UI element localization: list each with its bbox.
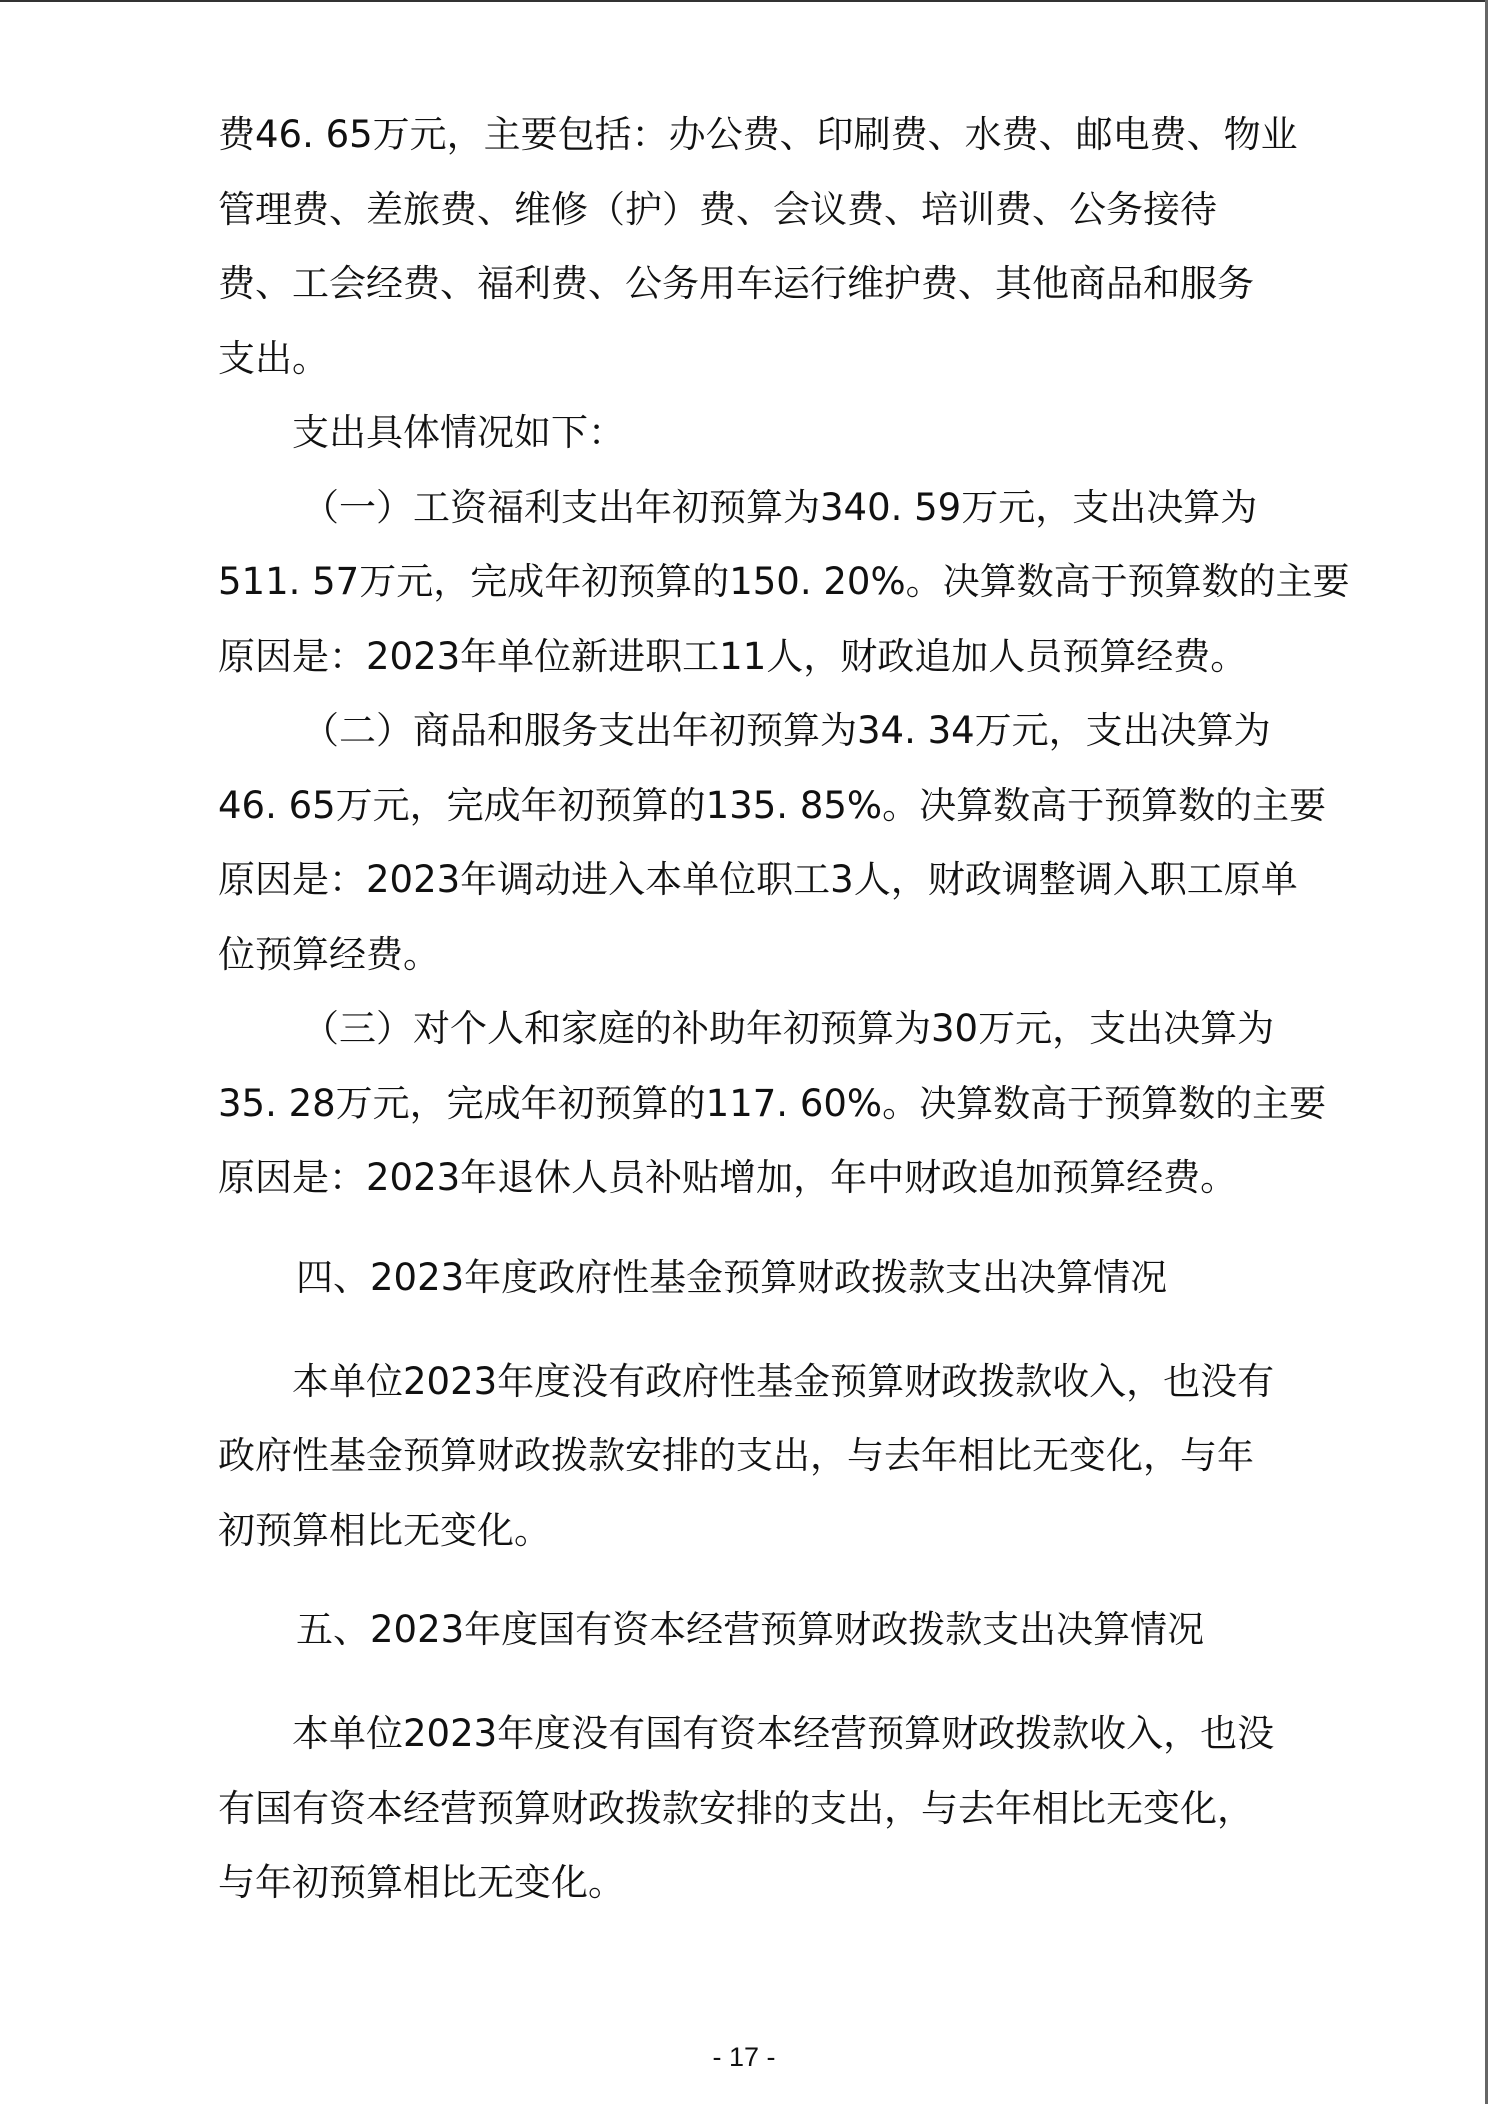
text-line: 政府性基金预算财政拨款安排的支出，与去年相比无变化，与年 — [218, 1419, 1286, 1494]
text-line: 511. 57万元，完成年初预算的150. 20%。决算数高于预算数的主要 — [218, 545, 1286, 620]
detail-intro: 支出具体情况如下： — [218, 396, 1286, 471]
text-line: 46. 65万元，完成年初预算的135. 85%。决算数高于预算数的主要 — [218, 769, 1286, 844]
intro-paragraph: 费46. 65万元，主要包括：办公费、印刷费、水费、邮电费、物业 管理费、差旅费… — [218, 98, 1286, 396]
text-line: 35. 28万元，完成年初预算的117. 60%。决算数高于预算数的主要 — [218, 1067, 1286, 1142]
page-border-top — [0, 0, 1488, 2]
text-line: 本单位2023年度没有政府性基金预算财政拨款收入，也没有 — [218, 1345, 1286, 1420]
document-body: 费46. 65万元，主要包括：办公费、印刷费、水费、邮电费、物业 管理费、差旅费… — [218, 98, 1286, 1921]
text-line: 费46. 65万元，主要包括：办公费、印刷费、水费、邮电费、物业 — [218, 98, 1286, 173]
text-line: 本单位2023年度没有国有资本经营预算财政拨款收入，也没 — [218, 1697, 1286, 1772]
text-line: 管理费、差旅费、维修（护）费、会议费、培训费、公务接待 — [218, 173, 1286, 248]
item-household-subsidy: （三）对个人和家庭的补助年初预算为30万元，支出决算为 35. 28万元，完成年… — [218, 992, 1286, 1216]
text-line: 有国有资本经营预算财政拨款安排的支出，与去年相比无变化， — [218, 1772, 1286, 1847]
text-line: （三）对个人和家庭的补助年初预算为30万元，支出决算为 — [218, 992, 1286, 1067]
text-line: （二）商品和服务支出年初预算为34. 34万元，支出决算为 — [218, 694, 1286, 769]
text-line: 原因是：2023年退休人员补贴增加，年中财政追加预算经费。 — [218, 1141, 1286, 1216]
text-line: 位预算经费。 — [218, 918, 1286, 993]
item-goods-services: （二）商品和服务支出年初预算为34. 34万元，支出决算为 46. 65万元，完… — [218, 694, 1286, 992]
text-line: 原因是：2023年单位新进职工11人，财政追加人员预算经费。 — [218, 620, 1286, 695]
page-number: - 17 - — [0, 2042, 1488, 2073]
text-line: 初预算相比无变化。 — [218, 1494, 1286, 1569]
text-line: 费、工会经费、福利费、公务用车运行维护费、其他商品和服务 — [218, 247, 1286, 322]
text-line: 支出。 — [218, 322, 1286, 397]
text-line: 原因是：2023年调动进入本单位职工3人，财政调整调入职工原单 — [218, 843, 1286, 918]
text-line: （一）工资福利支出年初预算为340. 59万元，支出决算为 — [218, 471, 1286, 546]
text-line: 与年初预算相比无变化。 — [218, 1846, 1286, 1921]
item-salary-welfare: （一）工资福利支出年初预算为340. 59万元，支出决算为 511. 57万元，… — [218, 471, 1286, 695]
section-4-paragraph: 本单位2023年度没有政府性基金预算财政拨款收入，也没有 政府性基金预算财政拨款… — [218, 1345, 1286, 1569]
section-5-paragraph: 本单位2023年度没有国有资本经营预算财政拨款收入，也没 有国有资本经营预算财政… — [218, 1697, 1286, 1921]
section-heading-5: 五、2023年度国有资本经营预算财政拨款支出决算情况 — [218, 1593, 1286, 1667]
section-heading-4: 四、2023年度政府性基金预算财政拨款支出决算情况 — [218, 1241, 1286, 1315]
